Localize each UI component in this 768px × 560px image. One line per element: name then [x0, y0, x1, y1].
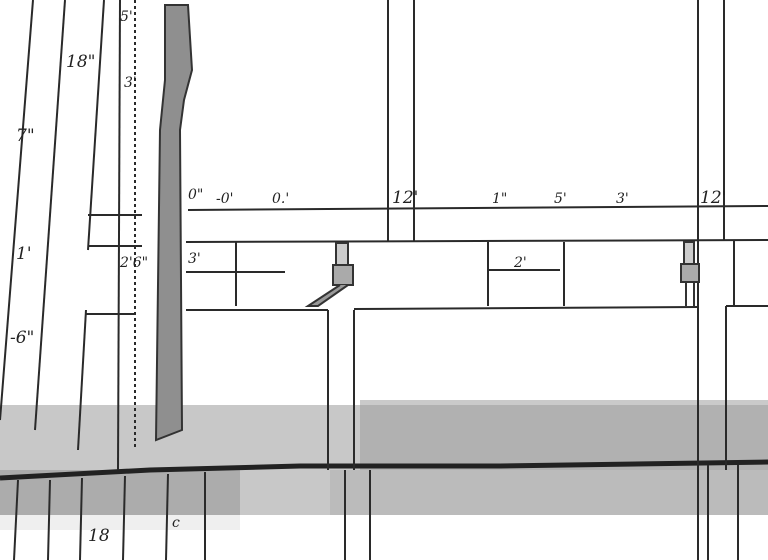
dim-label-7: 7": [16, 128, 35, 145]
dim-label-12-right: 12': [700, 190, 726, 207]
dim-label-beam-5: 5': [554, 192, 567, 206]
dim-label-beam-0a: 0": [188, 188, 203, 202]
dim-label-c: c: [172, 516, 180, 530]
dim-label-beam-0c: 0.': [272, 192, 289, 206]
dim-label-12-left: 12': [392, 190, 418, 207]
dim-label-5: 5': [120, 10, 133, 24]
floor-plan-drawing: [0, 0, 768, 560]
dim-label-3: 3': [124, 76, 137, 90]
dim-label-2-6: 2'6": [120, 256, 148, 270]
dim-label-18-top: 18": [66, 54, 95, 71]
dim-label-beam-0b: -0': [216, 192, 234, 206]
dim-label-beam-1: 1": [492, 192, 507, 206]
dim-label-room-3: 3': [188, 252, 201, 266]
ground-shading: [0, 400, 768, 560]
dim-label-1: 1': [16, 246, 32, 263]
dim-label-beam-3: 3': [616, 192, 629, 206]
dim-label-18-bottom: 18: [88, 528, 110, 545]
dim-label-6: -6": [10, 330, 34, 347]
dim-label-room-2: 2': [514, 256, 527, 270]
